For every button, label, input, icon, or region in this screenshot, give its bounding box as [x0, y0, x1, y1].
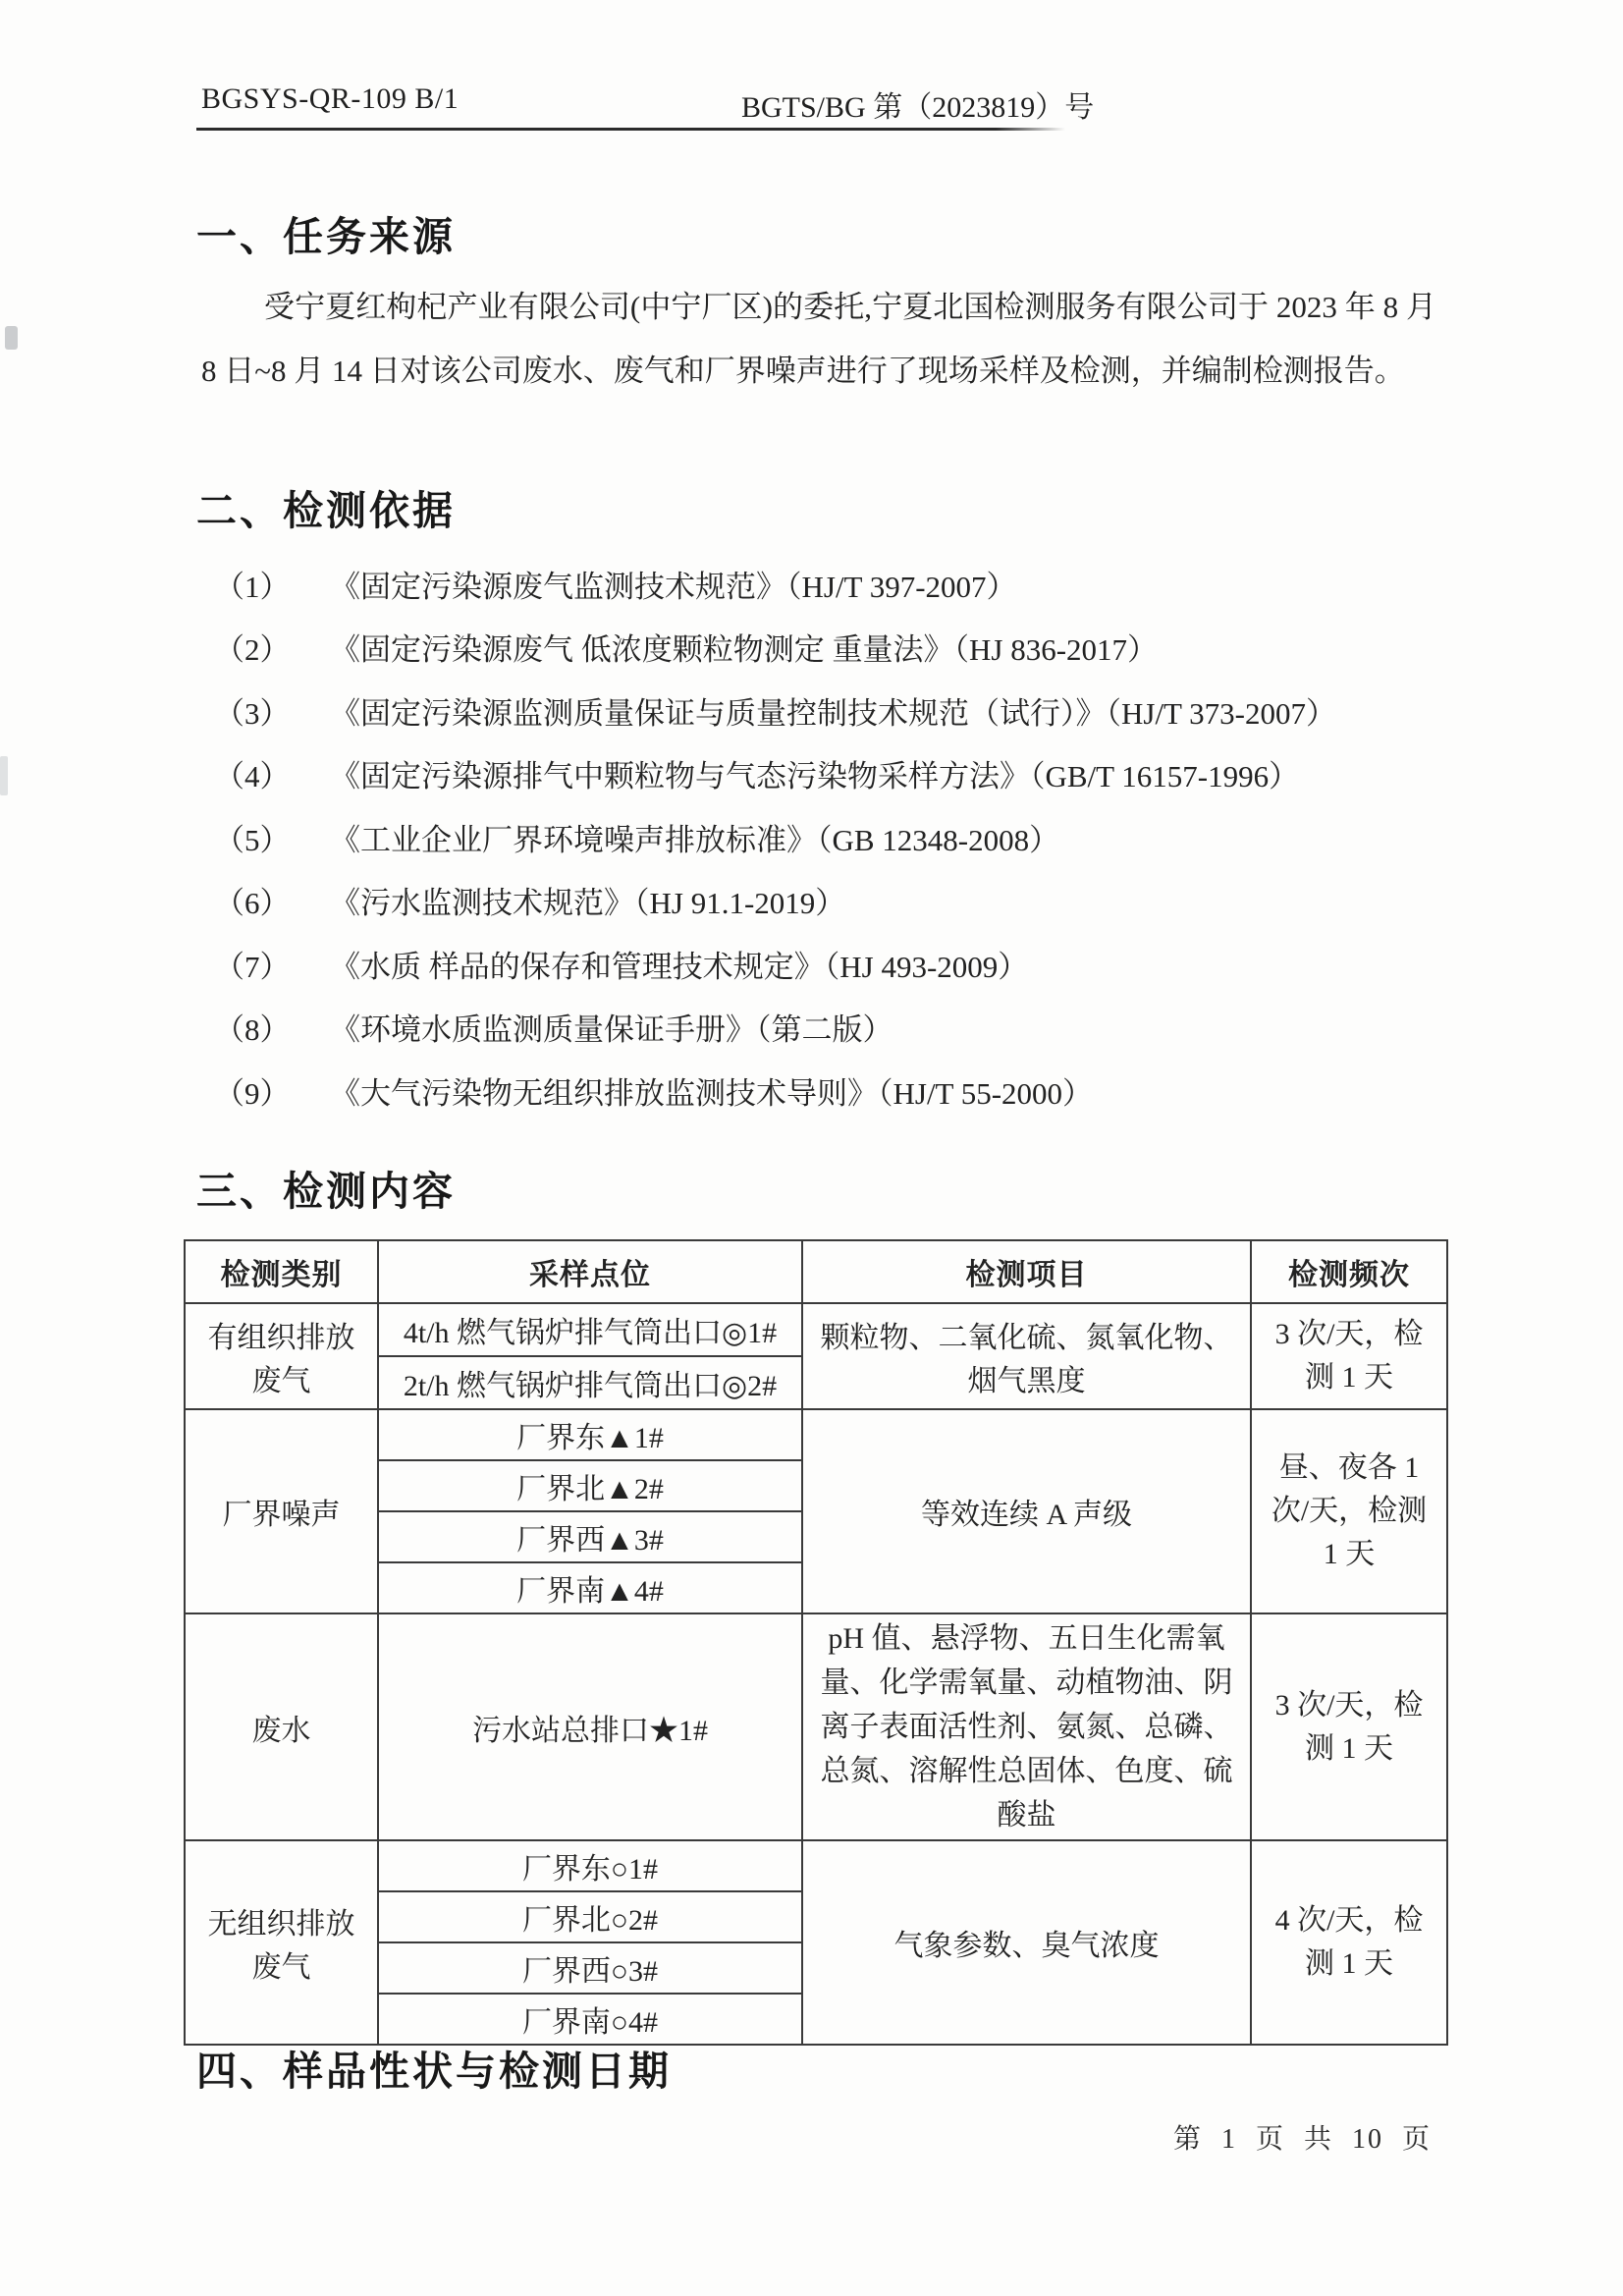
scanned-report-page: BGSYS-QR-109 B/1 BGTS/BG 第（2023819）号 一、任…: [0, 0, 1623, 2296]
reference-list: （1） 《固定污染源废气监测技术规范》（HJ/T 397-2007） （2） 《…: [214, 552, 1441, 1122]
section-title-content: 三、检测内容: [196, 1159, 456, 1217]
frequency-organized-gas: 3 次/天，检测 1 天: [1251, 1303, 1447, 1409]
header-rule: [196, 128, 1065, 131]
items-organized-gas: 颗粒物、二氧化硫、氮氧化物、烟气黑度: [802, 1303, 1251, 1409]
sampling-point-cell: 厂界北○2#: [378, 1891, 802, 1942]
reference-item: （6） 《污水监测技术规范》（HJ 91.1-2019）: [214, 869, 1441, 933]
task-source-paragraph: 受宁夏红枸杞产业有限公司(中宁厂区)的委托,宁夏北国检测服务有限公司于 2023…: [201, 275, 1436, 403]
items-boundary-noise: 等效连续 A 声级: [802, 1409, 1251, 1613]
reference-number: （8）: [214, 1005, 330, 1049]
reference-text: 《环境水质监测质量保证手册》（第二版）: [330, 1005, 1441, 1049]
reference-text: 《固定污染源废气 低浓度颗粒物测定 重量法》（HJ 836-2017）: [330, 625, 1441, 669]
reference-number: （2）: [214, 625, 330, 669]
monitoring-content-table: 检测类别 采样点位 检测项目 检测频次 有组织排放废气 4t/h 燃气锅炉排气筒…: [184, 1239, 1448, 2046]
report-number: BGTS/BG 第（2023819）号: [741, 82, 1094, 126]
sampling-point-cell: 污水站总排口★1#: [378, 1613, 802, 1840]
sampling-point-cell: 4t/h 燃气锅炉排气筒出口◎1#: [378, 1303, 802, 1356]
scan-artifact: [0, 756, 8, 795]
col-header-category: 检测类别: [185, 1240, 378, 1303]
items-wastewater: pH 值、悬浮物、五日生化需氧量、化学需氧量、动植物油、阴离子表面活性剂、氨氮、…: [802, 1613, 1251, 1840]
sampling-point-cell: 厂界西▲3#: [378, 1511, 802, 1562]
frequency-boundary-noise: 昼、夜各 1 次/天，检测 1 天: [1251, 1409, 1447, 1613]
reference-item: （4） 《固定污染源排气中颗粒物与气态污染物采样方法》（GB/T 16157-1…: [214, 742, 1441, 806]
frequency-fugitive-gas: 4 次/天，检测 1 天: [1251, 1840, 1447, 2045]
reference-text: 《固定污染源监测质量保证与质量控制技术规范（试行）》（HJ/T 373-2007…: [330, 688, 1441, 733]
col-header-frequency: 检测频次: [1251, 1240, 1447, 1303]
reference-text: 《固定污染源废气监测技术规范》（HJ/T 397-2007）: [330, 562, 1441, 606]
reference-text: 《大气污染物无组织排放监测技术导则》（HJ/T 55-2000）: [330, 1068, 1441, 1113]
items-fugitive-gas: 气象参数、臭气浓度: [802, 1840, 1251, 2045]
reference-number: （9）: [214, 1068, 330, 1113]
reference-number: （6）: [214, 878, 330, 922]
reference-number: （3）: [214, 688, 330, 733]
category-wastewater: 废水: [185, 1613, 378, 1840]
scan-artifact: [5, 326, 18, 350]
section-title-task-source: 一、任务来源: [196, 204, 456, 262]
reference-number: （7）: [214, 942, 330, 986]
reference-item: （8） 《环境水质监测质量保证手册》（第二版）: [214, 996, 1441, 1060]
reference-item: （1） 《固定污染源废气监测技术规范》（HJ/T 397-2007）: [214, 552, 1441, 616]
sampling-point-cell: 2t/h 燃气锅炉排气筒出口◎2#: [378, 1356, 802, 1409]
sampling-point-cell: 厂界北▲2#: [378, 1460, 802, 1511]
col-header-sampling-point: 采样点位: [378, 1240, 802, 1303]
page-number: 第 1 页 共 10 页: [1173, 2117, 1432, 2157]
col-header-items: 检测项目: [802, 1240, 1251, 1303]
category-organized-gas: 有组织排放废气: [185, 1303, 378, 1409]
reference-text: 《污水监测技术规范》（HJ 91.1-2019）: [330, 878, 1441, 922]
sampling-point-cell: 厂界东○1#: [378, 1840, 802, 1891]
sampling-point-cell: 厂界东▲1#: [378, 1409, 802, 1460]
reference-number: （1）: [214, 562, 330, 606]
sampling-point-cell: 厂界西○3#: [378, 1942, 802, 1994]
sampling-point-cell: 厂界南○4#: [378, 1994, 802, 2045]
document-code: BGSYS-QR-109 B/1: [201, 82, 459, 116]
reference-item: （9） 《大气污染物无组织排放监测技术导则》（HJ/T 55-2000）: [214, 1059, 1441, 1122]
reference-text: 《固定污染源排气中颗粒物与气态污染物采样方法》（GB/T 16157-1996）: [330, 751, 1441, 795]
reference-text: 《水质 样品的保存和管理技术规定》（HJ 493-2009）: [330, 942, 1441, 986]
reference-item: （3） 《固定污染源监测质量保证与质量控制技术规范（试行）》（HJ/T 373-…: [214, 679, 1441, 742]
reference-item: （5） 《工业企业厂界环境噪声排放标准》（GB 12348-2008）: [214, 805, 1441, 869]
frequency-wastewater: 3 次/天，检测 1 天: [1251, 1613, 1447, 1840]
sampling-point-cell: 厂界南▲4#: [378, 1562, 802, 1613]
reference-item: （7） 《水质 样品的保存和管理技术规定》（HJ 493-2009）: [214, 932, 1441, 996]
section-title-basis: 二、检测依据: [196, 478, 456, 536]
category-boundary-noise: 厂界噪声: [185, 1409, 378, 1613]
section-title-sample-status: 四、样品性状与检测日期: [196, 2039, 672, 2097]
reference-text: 《工业企业厂界环境噪声排放标准》（GB 12348-2008）: [330, 815, 1441, 859]
category-fugitive-gas: 无组织排放废气: [185, 1840, 378, 2045]
reference-number: （5）: [214, 815, 330, 859]
reference-item: （2） 《固定污染源废气 低浓度颗粒物测定 重量法》（HJ 836-2017）: [214, 616, 1441, 680]
reference-number: （4）: [214, 751, 330, 795]
